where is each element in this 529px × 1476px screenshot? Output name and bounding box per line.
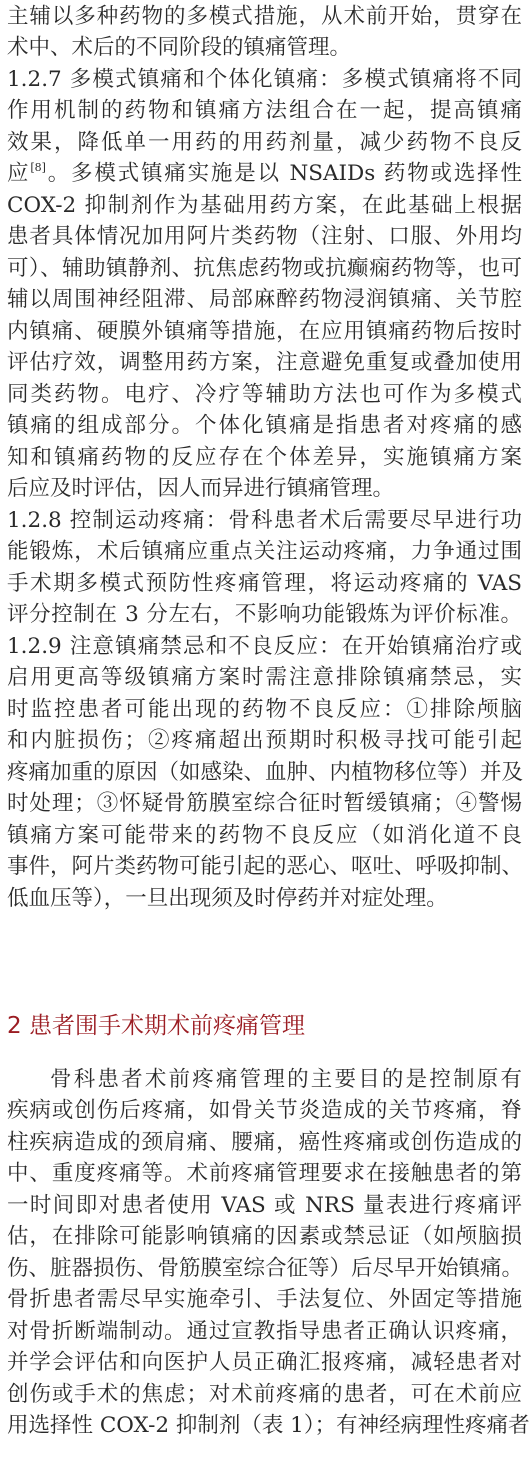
text-line: 作用机制的药物和镇痛方法组合在一起，提高镇痛 <box>7 96 522 126</box>
text-line: 时处理；③怀疑骨筋膜室综合征时暂缓镇痛；④警惕 <box>7 789 522 819</box>
text-line: 并学会评估和向医护人员正确汇报疼痛，减轻患者对 <box>7 1348 522 1378</box>
text-line: 能锻炼，术后镇痛应重点关注运动疼痛，力争通过围 <box>7 537 522 567</box>
text-line: 时监控患者可能出现的药物不良反应：①排除颅脑 <box>7 695 522 725</box>
text-line: 术中、术后的不同阶段的镇痛管理。 <box>7 33 522 63</box>
text-line: 中、重度疼痛等。术前疼痛管理要求在接触患者的第 <box>7 1159 522 1189</box>
text-line: 1.2.7 多模式镇痛和个体化镇痛：多模式镇痛将不同 <box>7 65 522 95</box>
text-line: 疾病或创伤后疼痛，如骨关节炎造成的关节疼痛，脊 <box>7 1096 522 1126</box>
text-line: 可）、辅助镇静剂、抗焦虑药物或抗癫痫药物等，也可 <box>7 254 522 284</box>
text-line: 效果，降低单一用药的用药剂量，减少药物不良反 <box>7 128 522 158</box>
text-line: 后应及时评估，因人而异进行镇痛管理。 <box>7 474 522 504</box>
text-line: COX-2 抑制剂作为基础用药方案，在此基础上根据 <box>7 191 522 221</box>
text-line: 手术期多模式预防性疼痛管理，将运动疼痛的 VAS <box>7 569 522 599</box>
text-line: 1.2.9 注意镇痛禁忌和不良反应：在开始镇痛治疗或 <box>7 632 522 662</box>
text-line: 患者具体情况加用阿片类药物（注射、口服、外用均 <box>7 222 522 252</box>
text-line: 柱疾病造成的颈肩痛、腰痛，癌性疼痛或创伤造成的 <box>7 1128 522 1158</box>
citation-reference[interactable]: [8] <box>30 161 46 174</box>
text-line: 评估疗效，调整用药方案，注意避免重复或叠加使用 <box>7 348 522 378</box>
text-line: 创伤或手术的焦虑；对术前疼痛的患者，可在术前应 <box>7 1380 522 1410</box>
text-line: 应[8]。多模式镇痛实施是以 NSAIDs 药物或选择性 <box>7 159 522 189</box>
text-line: 低血压等），一旦出现须及时停药并对症处理。 <box>7 884 522 914</box>
text-line: 骨科患者术前疼痛管理的主要目的是控制原有 <box>50 1065 522 1095</box>
text-line: 对骨折断端制动。通过宣教指导患者正确认识疼痛， <box>7 1317 522 1347</box>
section-heading-2: 2 患者围手术期术前疼痛管理 <box>7 1010 305 1042</box>
text-line: 同类药物。电疗、冷疗等辅助方法也可作为多模式 <box>7 380 522 410</box>
text-line: 和内脏损伤；②疼痛超出预期时积极寻找可能引起 <box>7 726 522 756</box>
text-line: 一时间即对患者使用 VAS 或 NRS 量表进行疼痛评 <box>7 1191 522 1221</box>
text-line: 知和镇痛药物的反应存在个体差异，实施镇痛方案 <box>7 443 522 473</box>
text-line: 估，在排除可能影响镇痛的因素或禁忌证（如颅脑损 <box>7 1222 522 1252</box>
text-line: 内镇痛、硬膜外镇痛等措施，在应用镇痛药物后按时 <box>7 317 522 347</box>
text-line: 事件，阿片类药物可能引起的恶心、呕吐、呼吸抑制、 <box>7 852 522 882</box>
text-line: 评分控制在 3 分左右，不影响功能锻炼为评价标准。 <box>7 600 522 630</box>
text-line: 1.2.8 控制运动疼痛：骨科患者术后需要尽早进行功 <box>7 506 522 536</box>
text-line: 用选择性 COX-2 抑制剂（表 1）；有神经病理性疼痛者 <box>7 1411 522 1441</box>
text-line: 骨折患者需尽早实施牵引、手法复位、外固定等措施 <box>7 1285 522 1315</box>
text-line: 镇痛方案可能带来的药物不良反应（如消化道不良 <box>7 821 522 851</box>
text-line: 伤、脏器损伤、骨筋膜室综合征等）后尽早开始镇痛。 <box>7 1254 522 1284</box>
text-line: 镇痛的组成部分。个体化镇痛是指患者对疼痛的感 <box>7 411 522 441</box>
text-line: 启用更高等级镇痛方案时需注意排除镇痛禁忌，实 <box>7 663 522 693</box>
text-line: 主辅以多种药物的多模式措施，从术前开始，贯穿在 <box>7 2 522 32</box>
text-line: 辅以周围神经阻滞、局部麻醉药物浸润镇痛、关节腔 <box>7 285 522 315</box>
text-line: 疼痛加重的原因（如感染、血肿、内植物移位等）并及 <box>7 758 522 788</box>
